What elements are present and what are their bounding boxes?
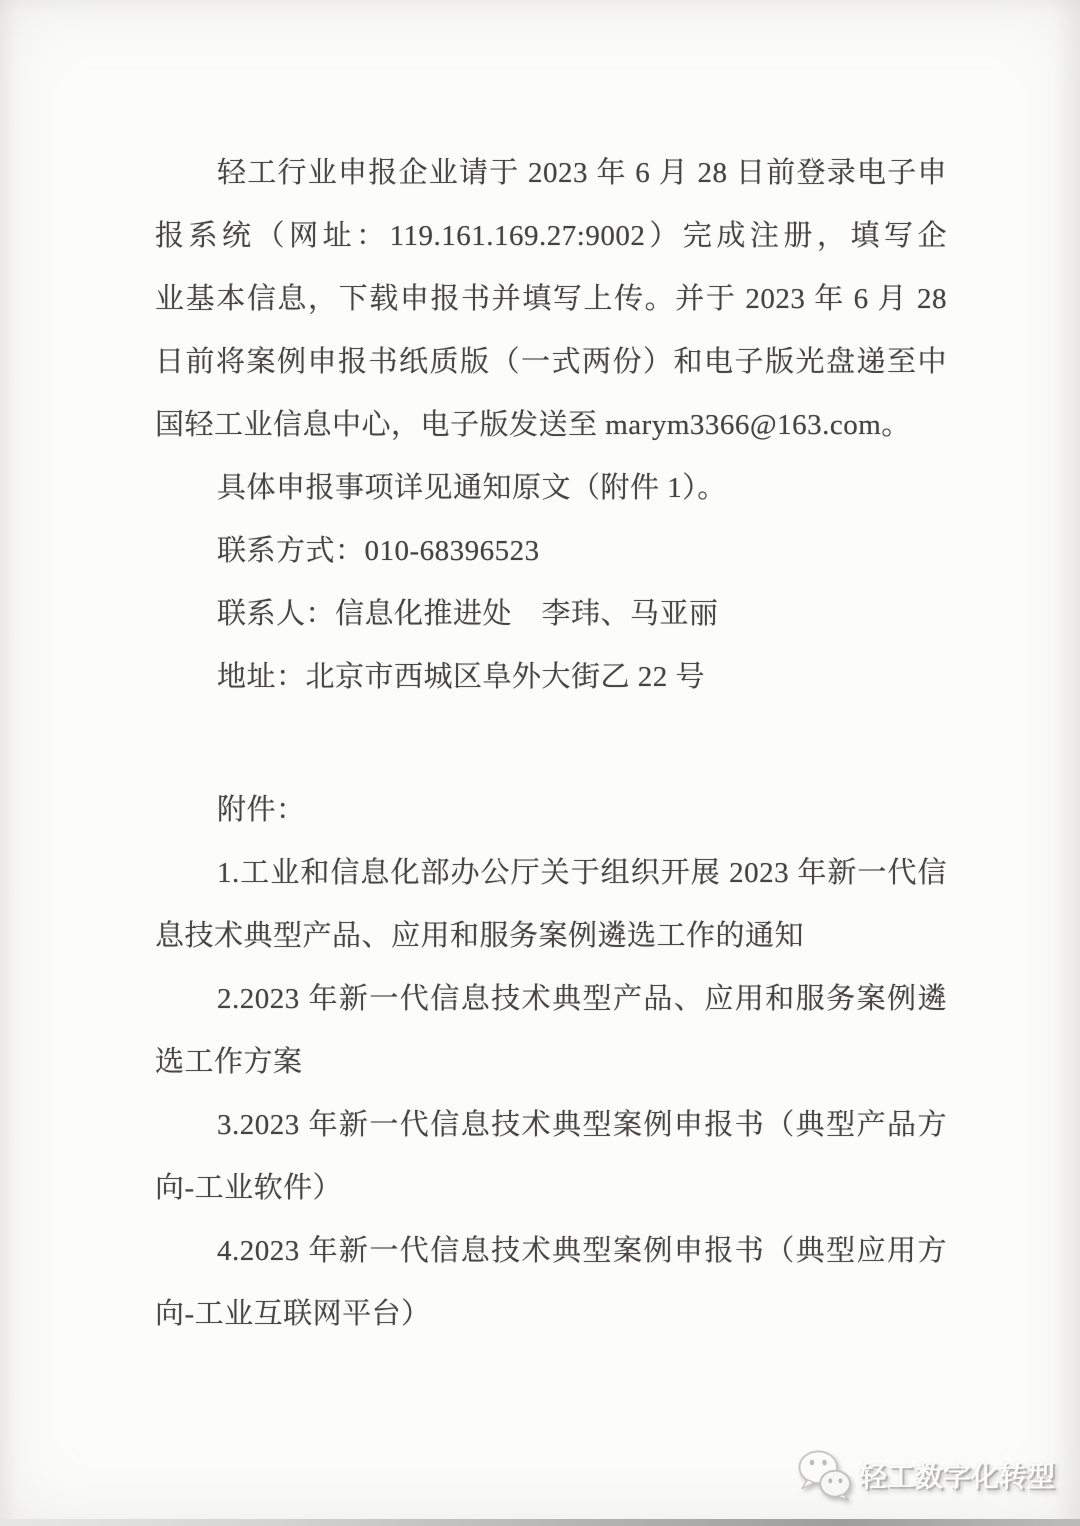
document-body: 轻工行业申报企业请于 2023 年 6 月 28 日前登录电子申报系统（网址：1… (0, 0, 1080, 1526)
document-text-line: 选工作方案 (155, 1041, 947, 1083)
document-text-line: 3.2023 年新一代信息技术典型案例申报书（典型产品方 (155, 1104, 947, 1146)
page-bottom-edge (0, 1519, 1080, 1526)
document-text-line: 轻工行业申报企业请于 2023 年 6 月 28 日前登录电子申 (155, 152, 947, 194)
document-text-line: 1.工业和信息化部办公厅关于组织开展 2023 年新一代信 (155, 852, 947, 894)
document-text-line: 地址：北京市西城区阜外大街乙 22 号 (155, 656, 947, 698)
document-text-line: 向-工业互联网平台） (155, 1293, 947, 1335)
document-text-line: 国轻工业信息中心，电子版发送至 marym3366@163.com。 (155, 404, 947, 446)
document-text-line: 日前将案例申报书纸质版（一式两份）和电子版光盘递至中 (155, 341, 947, 383)
footer-logo: 轻工数字化转型 (798, 1446, 1055, 1504)
document-text-line: 息技术典型产品、应用和服务案例遴选工作的通知 (155, 915, 947, 957)
document-text-line: 报系统（网址：119.161.169.27:9002）完成注册，填写企 (155, 215, 947, 257)
document-text-line: 联系人：信息化推进处 李玮、马亚丽 (155, 593, 947, 635)
document-text-line: 2.2023 年新一代信息技术典型产品、应用和服务案例遴 (155, 978, 947, 1020)
document-text-line: 附件： (155, 789, 947, 831)
scanned-document-page: 轻工行业申报企业请于 2023 年 6 月 28 日前登录电子申报系统（网址：1… (0, 0, 1080, 1526)
document-text-line: 业基本信息，下载申报书并填写上传。并于 2023 年 6 月 28 (155, 278, 947, 320)
document-text-line: 具体申报事项详见通知原文（附件 1）。 (155, 467, 947, 509)
wechat-icon (798, 1449, 852, 1501)
document-text-line: 4.2023 年新一代信息技术典型案例申报书（典型应用方 (155, 1230, 947, 1272)
footer-logo-text: 轻工数字化转型 (859, 1455, 1055, 1495)
document-text-line: 联系方式：010-68396523 (155, 530, 947, 572)
document-text-line: 向-工业软件） (155, 1167, 947, 1209)
